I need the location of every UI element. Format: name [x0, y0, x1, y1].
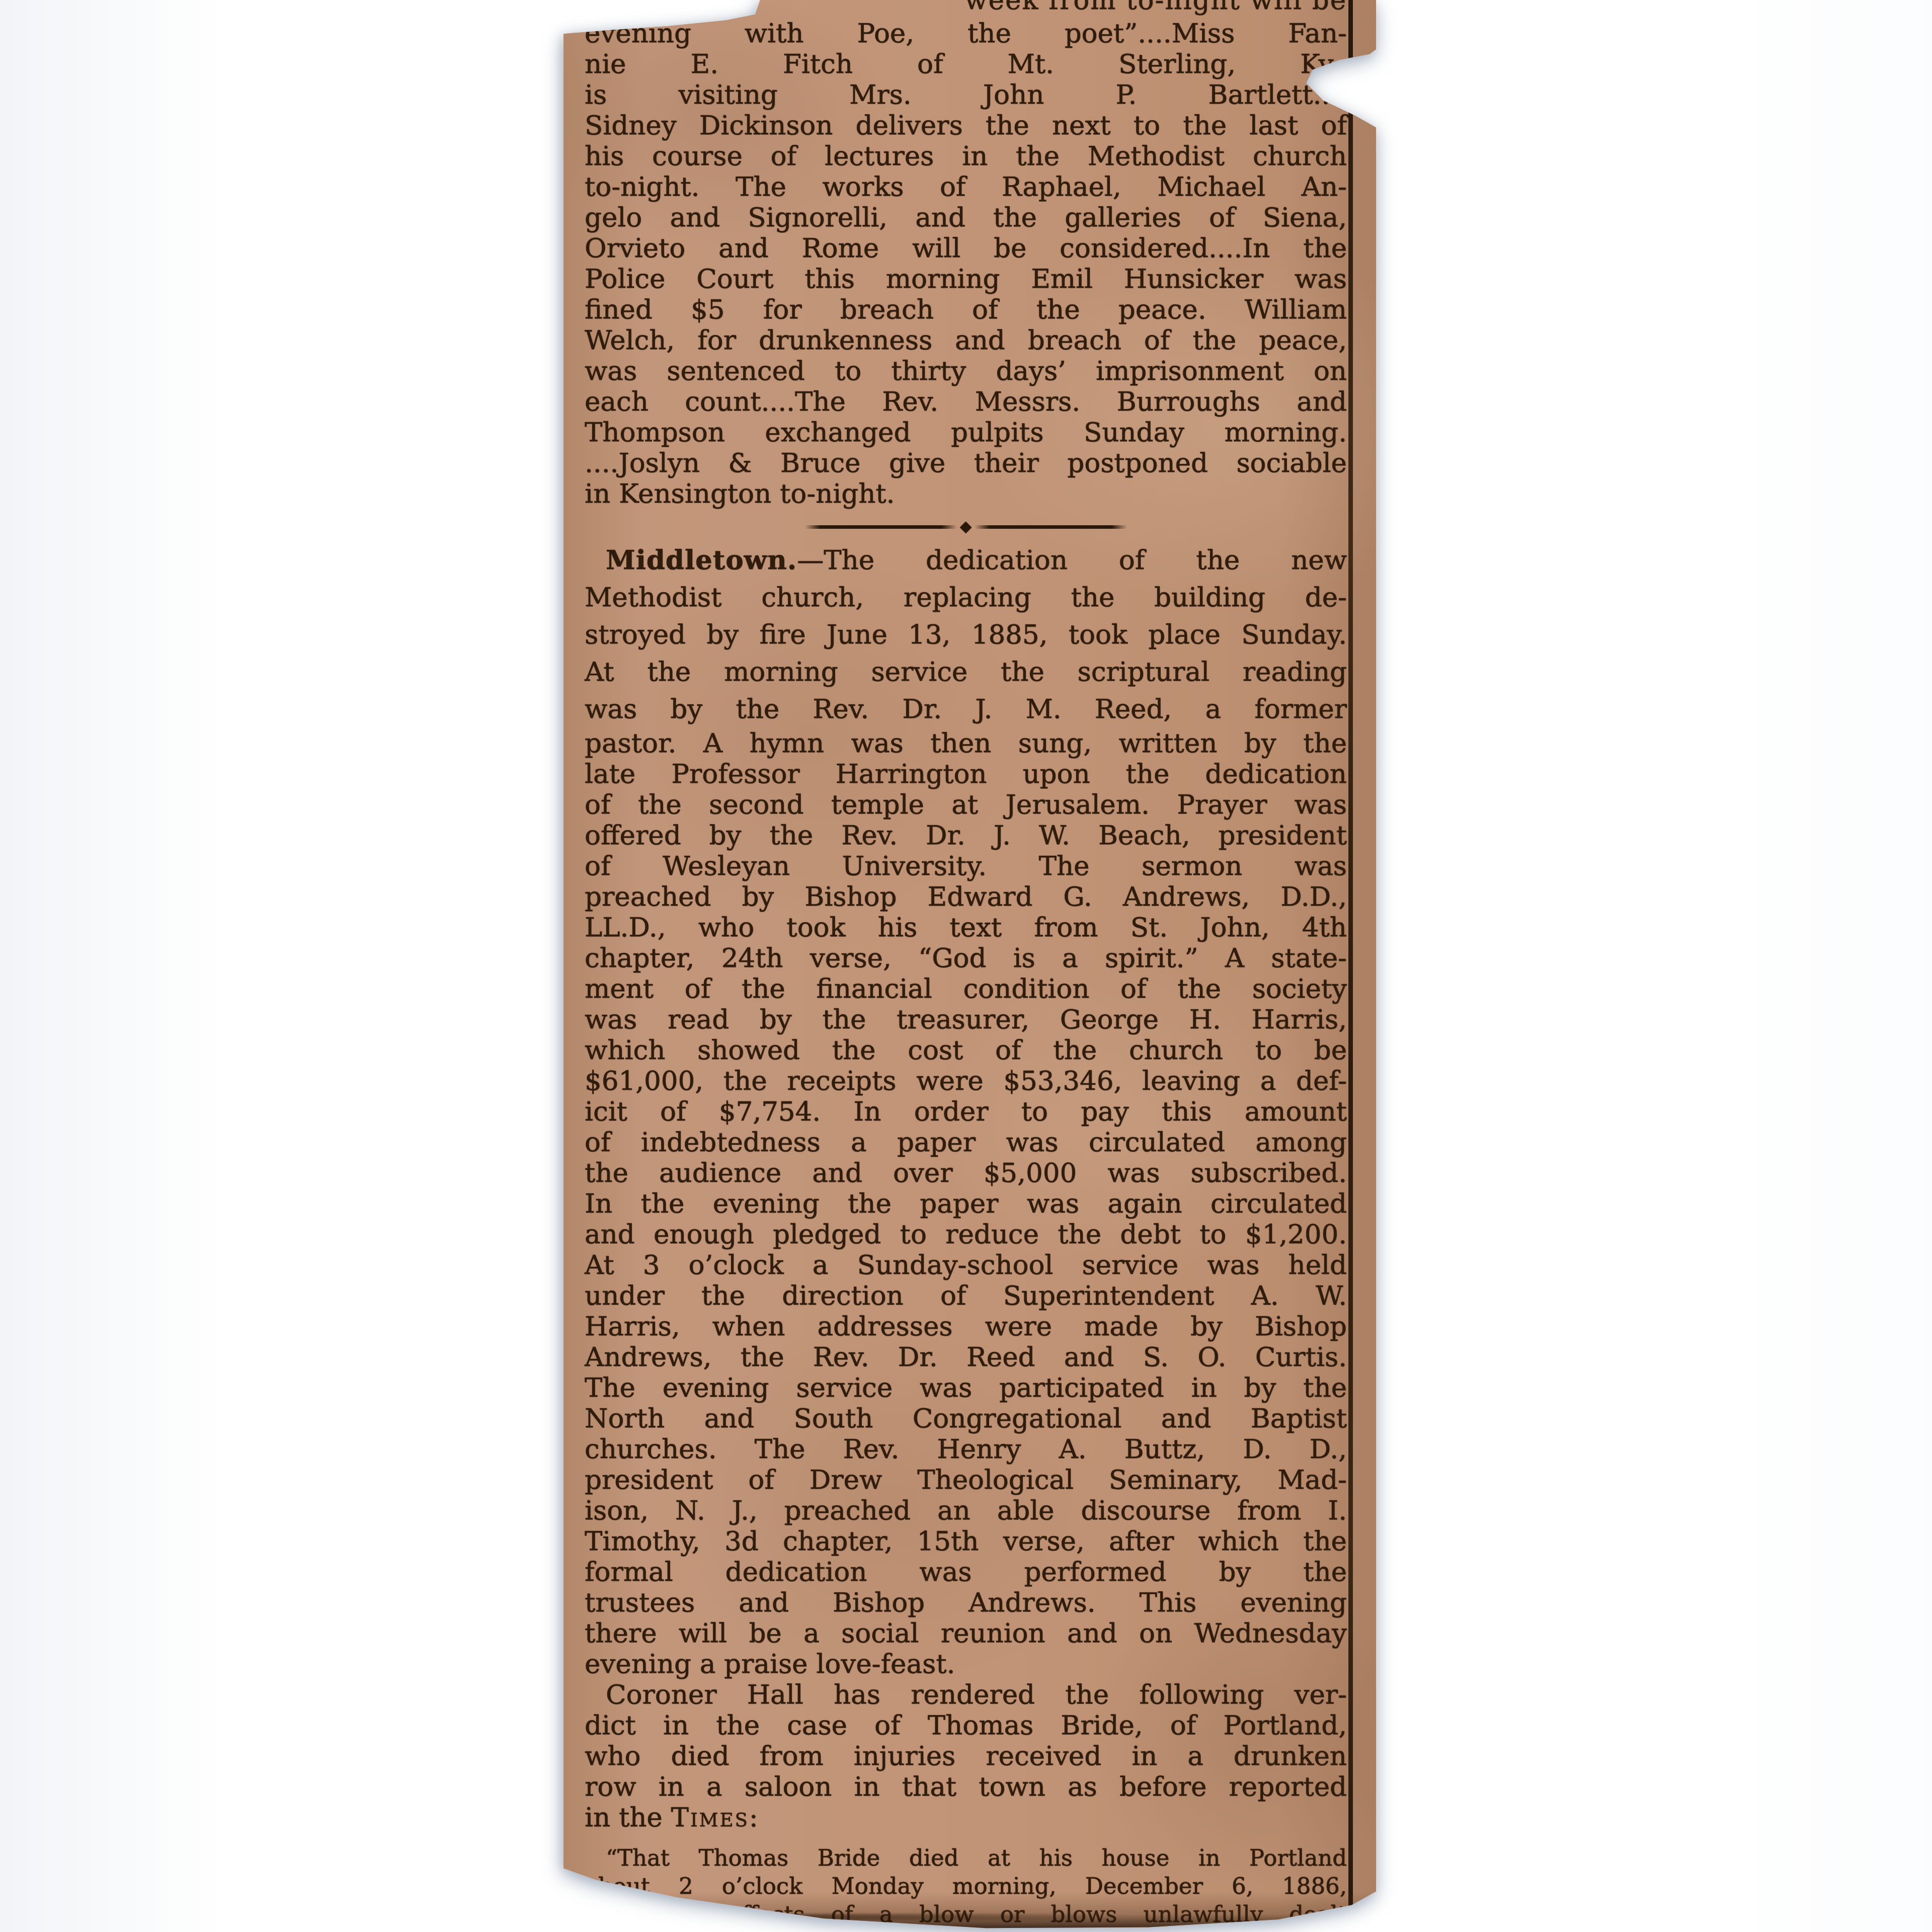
text-line: dict in the case of Thomas Bride, of Por…: [585, 1710, 1347, 1741]
text-line: At 3 o’clock a Sunday-school service was…: [585, 1250, 1347, 1280]
text-line: ment of the financial condition of the s…: [585, 974, 1347, 1004]
text-line: Sidney Dickinson delivers the next to th…: [585, 110, 1347, 141]
text-line: pastor. A hymn was then sung, written by…: [585, 728, 1347, 759]
clipping-paper: week from to-night will be evening with …: [563, 0, 1376, 1932]
text-line: evening with Poe, the poet”....Miss Fan-: [585, 18, 1347, 49]
newspaper-clipping: week from to-night will be evening with …: [563, 0, 1376, 1932]
text-line: in the Times:: [585, 1802, 1347, 1833]
text-line: Welch, for drunkenness and breach of the…: [585, 325, 1347, 356]
text-line: $61,000, the receipts were $53,346, leav…: [585, 1066, 1347, 1096]
text-line: In the evening the paper was again circu…: [585, 1188, 1347, 1219]
text-line: Orvieto and Rome will be considered....I…: [585, 233, 1347, 264]
text-line: icit of $7,754. In order to pay this amo…: [585, 1096, 1347, 1127]
text-line: was sentenced to thirty days’ imprisonme…: [585, 356, 1347, 386]
paragraph: Coroner Hall has rendered the following …: [585, 1679, 1347, 1833]
text-line: nie E. Fitch of Mt. Sterling, Ky.,: [585, 49, 1347, 79]
top-cut-line-text: week from to-night will be: [964, 0, 1347, 16]
page-background: { "colors": { "background": "#ffffff", "…: [0, 0, 1932, 1932]
text-line: stroyed by fire June 13, 1885, took plac…: [585, 616, 1347, 654]
text-line: fined $5 for breach of the peace. Willia…: [585, 294, 1347, 325]
text-line: and enough pledged to reduce the debt to…: [585, 1219, 1347, 1250]
text-line: president of Drew Theological Seminary, …: [585, 1465, 1347, 1495]
text-line: “That Thomas Bride died at his house in …: [585, 1844, 1347, 1872]
text-line: was read by the treasurer, George H. Har…: [585, 1004, 1347, 1035]
text-line: of Wesleyan University. The sermon was: [585, 851, 1347, 881]
text-line: about 2 o’clock Monday morning, December…: [585, 1872, 1347, 1900]
text-line: ison, N. J., preached an able discourse …: [585, 1495, 1347, 1526]
text-line: Methodist church, replacing the building…: [585, 579, 1347, 616]
text-line: who died from injuries received in a dru…: [585, 1741, 1347, 1772]
text-line: Thompson exchanged pulpits Sunday mornin…: [585, 417, 1347, 448]
text-line: offered by the Rev. Dr. J. W. Beach, pre…: [585, 820, 1347, 851]
text-line: preached by Bishop Edward G. Andrews, D.…: [585, 881, 1347, 912]
article-column: week from to-night will be evening with …: [585, 0, 1347, 1928]
paragraph-lead: Middletown.: [606, 544, 797, 576]
text-line: is visiting Mrs. John P. Bartlett....: [585, 79, 1347, 110]
text-line: in Kensington to-night.: [585, 478, 1347, 509]
text-line: gelo and Signorelli, and the galleries o…: [585, 202, 1347, 233]
text-line: each count....The Rev. Messrs. Burroughs…: [585, 386, 1347, 417]
divider-diamond-icon: ◆: [960, 519, 972, 534]
text-line: his course of lectures in the Methodist …: [585, 141, 1347, 172]
text-line: Police Court this morning Emil Hunsicker…: [585, 264, 1347, 294]
text-line: was by the Rev. Dr. J. M. Reed, a former: [585, 691, 1347, 728]
text-line: of indebtedness a paper was circulated a…: [585, 1127, 1347, 1158]
text-line: LL.D., who took his text from St. John, …: [585, 912, 1347, 943]
text-line: North and South Congregational and Bapti…: [585, 1403, 1347, 1434]
paragraph: evening with Poe, the poet”....Miss Fan-…: [585, 18, 1347, 509]
text-line: under the direction of Superintendent A.…: [585, 1280, 1347, 1311]
text-line: late Professor Harrington upon the dedic…: [585, 759, 1347, 789]
paragraph: pastor. A hymn was then sung, written by…: [585, 728, 1347, 1679]
text-line: Middletown.—The dedication of the new: [585, 541, 1347, 579]
text-line: Timothy, 3d chapter, 15th verse, after w…: [585, 1526, 1347, 1557]
text-line: Andrews, the Rev. Dr. Reed and S. O. Cur…: [585, 1342, 1347, 1373]
text-line: Harris, when addresses were made by Bish…: [585, 1311, 1347, 1342]
text-line: which showed the cost of the church to b…: [585, 1035, 1347, 1066]
smallcaps-word: Times: [671, 1802, 749, 1833]
section-divider: ◆: [805, 519, 1127, 534]
text-line: evening a praise love-feast.: [585, 1649, 1347, 1679]
text-line: formal dedication was performed by the: [585, 1557, 1347, 1587]
text-line: the audience and over $5,000 was subscri…: [585, 1158, 1347, 1188]
text-line: At the morning service the scriptural re…: [585, 654, 1347, 691]
text-line: trustees and Bishop Andrews. This evenin…: [585, 1587, 1347, 1618]
text-line: of the second temple at Jerusalem. Praye…: [585, 789, 1347, 820]
bottom-cut-line-remnant: [584, 1914, 1087, 1920]
paragraph: Middletown.—The dedication of the newMet…: [585, 541, 1347, 728]
text-line: Coroner Hall has rendered the following …: [585, 1679, 1347, 1710]
text-line: there will be a social reunion and on We…: [585, 1618, 1347, 1649]
text-line: row in a saloon in that town as before r…: [585, 1772, 1347, 1802]
text-line: to-night. The works of Raphael, Michael …: [585, 172, 1347, 202]
text-line: ....Joslyn & Bruce give their postponed …: [585, 448, 1347, 478]
text-line: chapter, 24th verse, “God is a spirit.” …: [585, 943, 1347, 974]
text-line: churches. The Rev. Henry A. Buttz, D. D.…: [585, 1434, 1347, 1465]
divider-line: [805, 525, 957, 529]
top-cut-line: week from to-night will be: [585, 0, 1347, 18]
divider-line: [975, 525, 1126, 529]
column-rule: [1348, 0, 1353, 1932]
text-line: The evening service was participated in …: [585, 1373, 1347, 1403]
